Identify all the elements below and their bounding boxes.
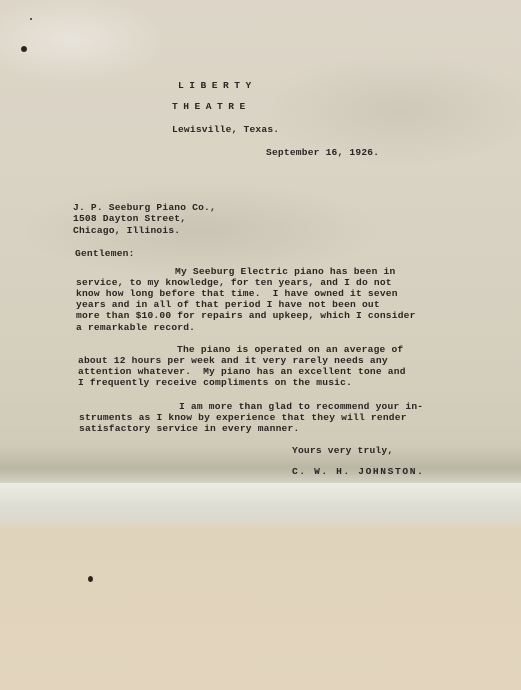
paragraph-2-line: The piano is operated on an average of <box>177 344 403 355</box>
paragraph-2-line: about 12 hours per week and it very rare… <box>78 355 388 366</box>
paragraph-1-line: know how long before that time. I have o… <box>76 288 398 299</box>
recipient-city: Chicago, Illinois. <box>73 225 180 236</box>
letter-date: September 16, 1926. <box>266 147 379 158</box>
closing: Yours very truly, <box>292 445 393 456</box>
recipient-name: J. P. Seeburg Piano Co., <box>73 202 216 213</box>
letterhead-liberty: LIBERTY <box>178 80 257 91</box>
paragraph-1-line: service, to my knowledge, for ten years,… <box>76 277 392 288</box>
letterhead-theatre: THEATRE <box>172 101 251 112</box>
paragraph-1-line: a remarkable record. <box>76 322 195 333</box>
typed-letter: LIBERTY THEATRE Lewisville, Texas. Septe… <box>0 0 521 690</box>
paragraph-3-line: struments as I know by experience that t… <box>79 412 407 423</box>
paragraph-1-line: My Seeburg Electric piano has been in <box>175 266 395 277</box>
paragraph-3-line: I am more than glad to recommend your in… <box>179 401 423 412</box>
paragraph-3-line: satisfactory service in every manner. <box>79 423 299 434</box>
paragraph-1-line: more than $10.00 for repairs and upkeep,… <box>76 310 416 321</box>
paragraph-2-line: I frequently receive compliments on the … <box>78 377 352 388</box>
paragraph-1-line: years and in all of that period I have n… <box>76 299 380 310</box>
recipient-street: 1508 Dayton Street, <box>73 213 186 224</box>
salutation: Gentlemen: <box>75 248 135 259</box>
paragraph-2-line: attention whatever. My piano has an exce… <box>78 366 406 377</box>
letterhead-city: Lewisville, Texas. <box>172 124 279 135</box>
signature: C. W. H. JOHNSTON. <box>292 466 424 477</box>
